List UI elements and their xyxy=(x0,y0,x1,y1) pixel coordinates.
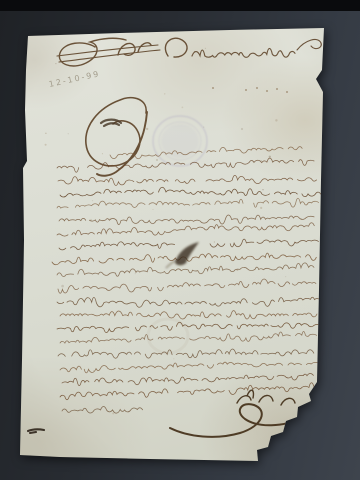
handwriting-line xyxy=(57,263,314,277)
foxing-speck xyxy=(194,51,196,53)
handwriting-line xyxy=(62,406,143,413)
foxing-speck xyxy=(182,107,184,109)
handwriting-line xyxy=(60,383,314,400)
handwriting-line xyxy=(57,297,320,307)
foxing-speck xyxy=(68,133,69,134)
foxing-speck xyxy=(93,370,94,371)
handwriting-line xyxy=(58,175,317,185)
handwriting-line xyxy=(57,322,321,332)
foxing-speck xyxy=(236,269,238,271)
body-text-lines xyxy=(52,48,321,413)
handwriting-line xyxy=(60,187,321,197)
handwriting-line xyxy=(58,279,316,293)
foxing-speck xyxy=(92,200,93,201)
foxing-speck xyxy=(276,88,278,90)
handwriting-line xyxy=(60,311,317,319)
header-end-curl xyxy=(297,39,321,50)
foxing-speck xyxy=(45,133,46,134)
foxing-speck xyxy=(214,241,215,242)
foxing-speck xyxy=(269,156,271,158)
foxing-speck xyxy=(55,63,56,64)
header-oval-loop xyxy=(165,38,187,57)
foxing-speck xyxy=(245,89,247,91)
foxing-speck xyxy=(156,159,158,161)
handwriting-line xyxy=(59,215,314,225)
foxing-speck xyxy=(281,226,282,227)
foxing-speck xyxy=(262,189,263,190)
header-calligraphy xyxy=(57,38,326,66)
foxing-speck xyxy=(266,90,268,92)
header-strike-line-2 xyxy=(59,50,160,62)
foxing-speck xyxy=(195,314,196,315)
foxing-speck xyxy=(112,412,114,414)
initial-loop xyxy=(86,98,146,166)
foxing-speck xyxy=(109,218,111,220)
foxing-speck xyxy=(285,276,286,277)
foxing-speck xyxy=(299,314,300,315)
ink-blot xyxy=(166,242,199,268)
foxing-speck xyxy=(173,358,174,359)
foxing-speck xyxy=(203,127,204,128)
handwriting-line xyxy=(58,349,319,358)
foxing-speck xyxy=(164,93,165,94)
ink-blot-core xyxy=(175,242,199,265)
foxing-speck xyxy=(212,87,214,89)
foxing-speck xyxy=(153,209,154,210)
foxing-speck xyxy=(135,273,136,274)
header-strike-line-1 xyxy=(57,45,158,56)
handwriting-line xyxy=(57,223,314,236)
foxing-speck xyxy=(61,285,64,288)
foxing-speck xyxy=(146,128,148,130)
handwriting-line xyxy=(110,147,307,159)
foxing-speck xyxy=(45,144,47,146)
foxing-speck xyxy=(241,128,243,130)
header-mid-letters xyxy=(118,43,151,56)
foxing-speck xyxy=(205,48,206,49)
foxing-speck xyxy=(102,153,103,154)
photographed-manuscript: 12-10-99 xyxy=(0,0,360,480)
foxing-speck xyxy=(260,207,262,209)
ink-stamp xyxy=(153,116,207,166)
foxing-speck xyxy=(286,91,288,93)
foxing-speck xyxy=(275,119,277,121)
handwriting-line xyxy=(57,198,319,208)
foxing-speck xyxy=(256,87,258,89)
foxing-speck xyxy=(90,219,92,221)
foxing-speck xyxy=(261,160,262,161)
foxing-speck xyxy=(125,314,126,315)
ink-mark xyxy=(28,429,44,433)
handwriting-line xyxy=(60,362,319,373)
handwriting-line xyxy=(192,48,295,57)
handwriting-line xyxy=(62,373,313,385)
initial-inner-squiggle xyxy=(101,120,121,126)
